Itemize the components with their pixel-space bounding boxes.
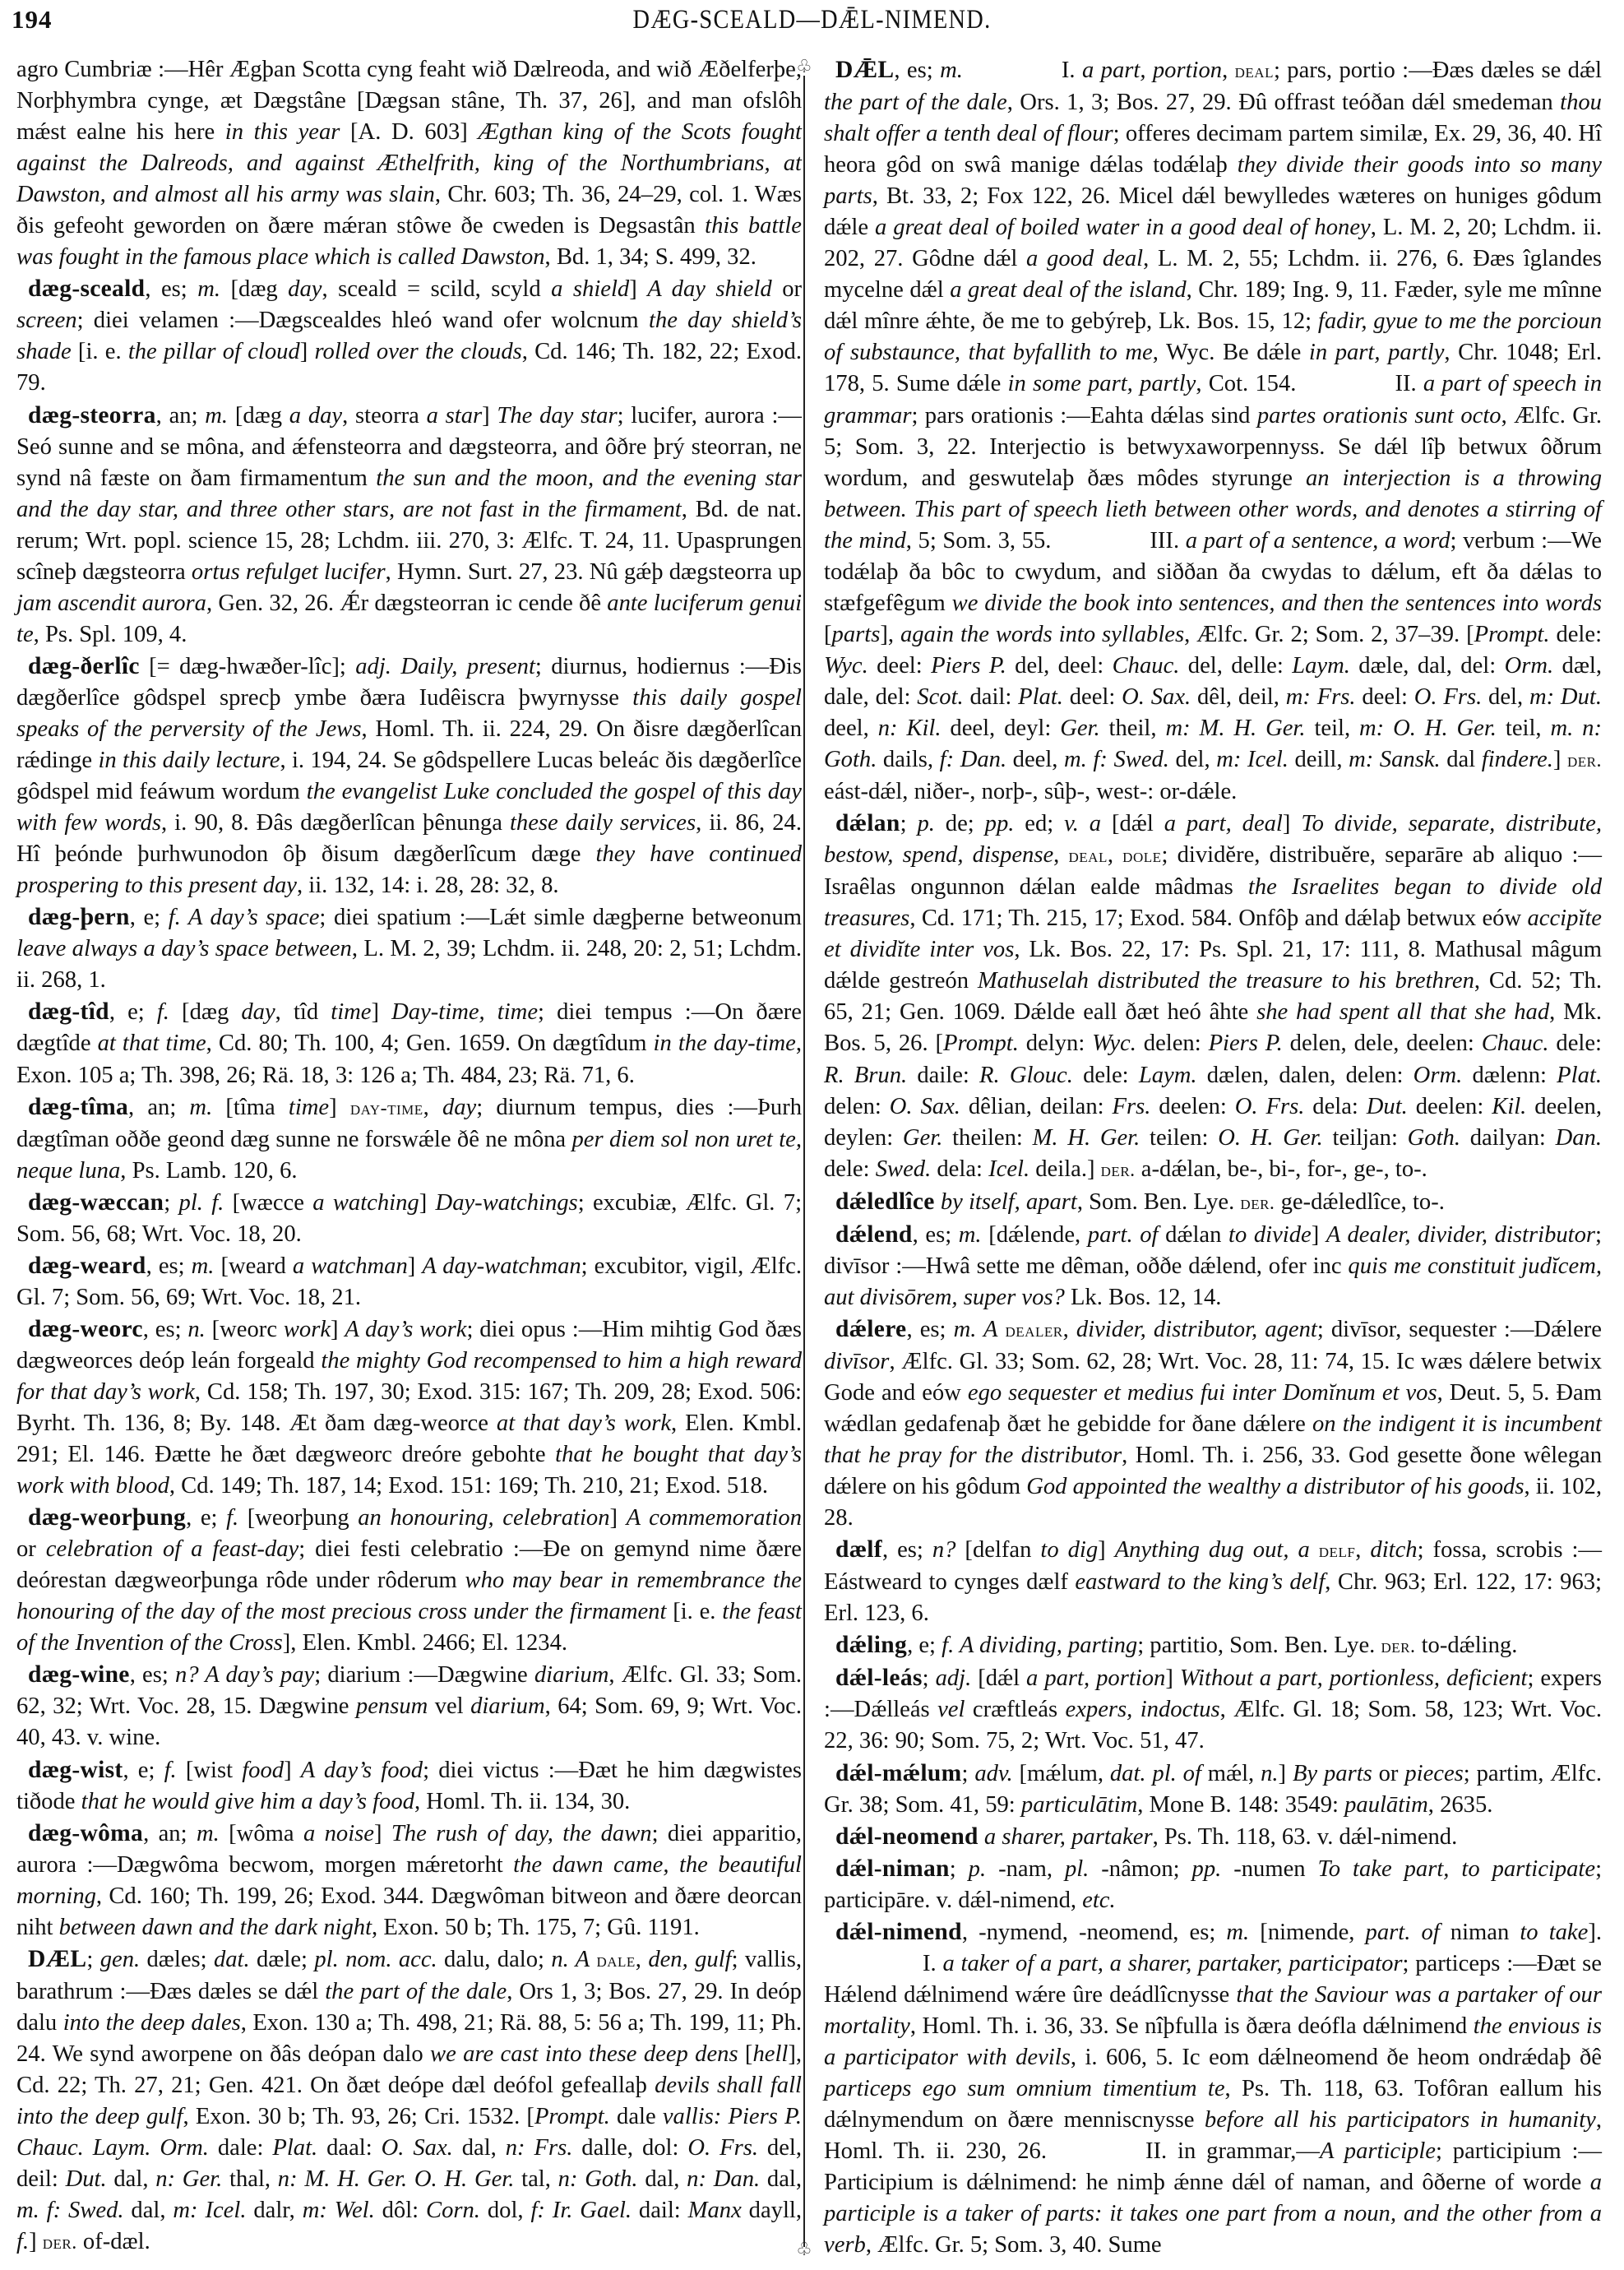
entry-text: ] [374,1821,391,1846]
entry-text: [wist [177,1758,243,1783]
entry-text: [i. e. [72,339,128,364]
italic-gloss: A day shield [647,276,772,302]
italic-gloss: M. H. Ger. [1033,1125,1141,1151]
entry-text: deel: [868,653,931,679]
entry-text: dails, [877,747,939,772]
entry-text: deel, [1006,747,1064,772]
entry-text: [A. D. 603] [340,119,478,145]
dictionary-entry: dǽl-nimend, -nymend, -neomend, es; m. [n… [824,1916,1602,2262]
entry-text: , Mone B. 148: 3549: [1137,1792,1344,1818]
entry-text: dalr, [246,2198,302,2223]
italic-gloss: day [442,1095,476,1120]
italic-gloss: A dealer, divider, distributor [1326,1222,1595,1248]
small-caps-term: dealer [1006,1320,1063,1341]
entry-text: [wæcce [224,1190,312,1216]
italic-gloss: food [242,1758,284,1783]
entry-text: [dæg [169,999,241,1025]
italic-gloss: O. Frs. [687,2135,758,2161]
small-caps-term: der. [1101,1160,1136,1181]
left-column: agro Cumbriæ :—Hêr Ægþan Scotta cyng fea… [16,54,802,2258]
entry-text: dail: [632,2198,688,2223]
entry-text: dela: [931,1156,988,1182]
entry-text: delen: [1136,1031,1209,1056]
italic-gloss: Ger. [903,1125,942,1151]
small-caps-term: der. [1381,1636,1415,1657]
italic-gloss: God appointed the wealthy a distributor … [1026,1474,1524,1499]
italic-gloss: Corn. [426,2198,480,2223]
entry-text: ; [950,1856,969,1882]
italic-gloss: m. A [954,1317,998,1342]
italic-gloss: a watching [312,1190,419,1216]
italic-gloss: a good deal [1026,246,1143,271]
italic-gloss: a part, deal [1164,811,1283,836]
entry-text: [dæg [228,403,289,429]
italic-gloss: expers, indoctus [1066,1697,1220,1722]
italic-gloss: pp. [1192,1856,1222,1882]
italic-gloss: in part, partly [1309,340,1445,365]
entry-text: deel, [824,716,878,741]
entry-text: , tîd [275,999,331,1025]
entry-text: eást-dǽl, niðer-, norþ-, sûþ-, west-: or… [824,779,1237,804]
italic-gloss: To take part, to participate [1318,1856,1596,1882]
entry-text [979,1824,984,1850]
entry-text: deelen: [1150,1094,1234,1119]
italic-gloss: m: M. H. Ger. [1165,716,1305,741]
dictionary-entry: agro Cumbriæ :—Hêr Ægþan Scotta cyng fea… [16,54,802,273]
italic-gloss: A day’s work [345,1317,466,1342]
italic-gloss: Piers P. [931,653,1006,679]
italic-gloss: pensum [356,1693,428,1719]
italic-gloss: diarium [470,1693,545,1719]
entry-text: dêl, deil, [1191,684,1286,710]
italic-gloss: Orm. [1505,653,1554,679]
italic-gloss: to dig [1040,1537,1098,1563]
dictionary-entry: dǽlan; p. de; pp. ed; v. a [dǽl a part, … [824,808,1602,1186]
entry-text: , an; [128,1095,189,1120]
entry-text: , Ælfc. Gr. 2; Som. 2, 37–39. [ [1184,622,1474,647]
italic-gloss: jam ascendit aurora [16,591,206,616]
entry-text: [weorc [206,1317,284,1342]
italic-gloss: the part of the dale [325,1979,507,2004]
small-caps-term: dole [1122,845,1161,867]
italic-gloss: Dut. [66,2166,107,2192]
italic-gloss: Manx [688,2198,742,2223]
entry-text: ; pars, portio :—Ðæs dæles se dǽl [1274,58,1602,83]
italic-gloss: Scot. [917,684,963,710]
entry-text: a-dǽlan, be-, bi-, for-, ge-, to-. [1136,1156,1427,1182]
entry-text [1310,1537,1319,1563]
italic-gloss: Ger. [1060,716,1099,741]
entry-text: ] [1165,1665,1180,1691]
italic-gloss: O. Frs. [1414,684,1482,710]
italic-gloss: a sharer, partaker [984,1824,1153,1850]
entry-text: dal, [760,2166,802,2192]
italic-gloss: we divide the book into sentences, and t… [952,591,1602,616]
column-divider [803,76,805,2247]
italic-gloss: m. [192,1253,215,1279]
entry-text: II. [1395,371,1423,396]
entry-text: [ [824,622,832,647]
italic-gloss: O. Frs. [1235,1094,1305,1119]
italic-gloss: Dut. [1367,1094,1408,1119]
italic-gloss: dat. pl. of [1110,1761,1201,1786]
italic-gloss: Laym. [1292,653,1350,679]
entry-text: dæles; [140,1947,214,1972]
italic-gloss: pl. [1065,1856,1089,1882]
italic-gloss: in this year [225,119,340,145]
page-number: 194 [12,5,53,35]
italic-gloss: that he would give him a day’s food [81,1789,414,1814]
entry-text: [mǽlum, [1013,1761,1110,1786]
italic-gloss: n: Ger. [155,2166,222,2192]
italic-gloss: f. [164,1758,177,1783]
entry-text: , es; [130,1662,175,1688]
italic-gloss: p. [969,1856,986,1882]
entry-text: , Hymn. Surt. 27, 23. Nû gǽþ dægsteorra … [386,559,802,585]
entry-text: dol, [480,2198,530,2223]
italic-gloss: n. [187,1317,205,1342]
italic-gloss: O. Sax. [890,1094,960,1119]
entry-text: cræftleás [965,1697,1065,1722]
headword: dǽlere [835,1316,906,1342]
entry-text: ; [961,1761,974,1786]
entry-text: dayll, [742,2198,802,2223]
dictionary-entry: DÆL; gen. dæles; dat. dæle; pl. nom. acc… [16,1943,802,2258]
entry-text: , Homl. Th. ii. 134, 30. [414,1789,630,1814]
italic-gloss: ortus refulget lucifer [192,559,386,585]
italic-gloss: celebration of a feast-day [46,1536,298,1562]
entry-text: del, delle: [1179,653,1292,679]
entry-text: , es; [143,1317,188,1342]
italic-gloss: particeps ego sum omnium timentium te [824,2076,1225,2101]
entry-text: ] [329,1095,350,1120]
entry-text: thal, [222,2166,278,2192]
entry-text: ] [300,339,315,364]
entry-text: ] [331,1317,345,1342]
entry-text: dalle, dol: [572,2135,687,2161]
headword: dæg-sceald [28,276,145,302]
italic-gloss: findere. [1482,747,1553,772]
entry-text: , Exon. 50 b; Th. 175, 7; Gû. 1191. [372,1915,700,1940]
italic-gloss: pl. nom. acc. [314,1947,437,1972]
entry-text: ; divīsor, sequester :—Dǽlere [1317,1317,1602,1342]
italic-gloss: Orm. [1413,1063,1463,1088]
small-caps-term: deal [1069,845,1108,867]
entry-text: ], [880,622,900,647]
headword: dæg-weorc [28,1316,143,1342]
entry-text: dælen, dalen, delen: [1197,1063,1413,1088]
headword: dæg-wæccan [28,1189,164,1216]
dictionary-entry: dæg-wine, es; n? A day’s pay; diarium :—… [16,1659,802,1753]
entry-text: ]. [1588,1920,1602,1945]
italic-gloss: n: Dan. [687,2166,760,2192]
small-caps-term: der. [1567,750,1602,771]
page-header: 194 DÆG-SCEALD—DǢL-NIMEND. [0,0,1624,49]
dictionary-entry: dæg-weorc, es; n. [weorc work] A day’s w… [16,1313,802,1502]
entry-text: , 5; Som. 3, 55. [906,528,1052,554]
entry-text: , i. 90, 8. Ðâs dægðerlîcan þênunga [161,810,510,836]
italic-gloss: Chauc. [1113,653,1180,679]
italic-gloss: m. [959,1222,982,1248]
italic-gloss: m. [197,276,220,302]
headword: dæg-ðerlîc [28,653,140,679]
entry-text: delen: [824,1094,890,1119]
italic-gloss: a part of a sentence, a word [1186,528,1450,554]
italic-gloss: gen. [100,1947,140,1972]
entry-text: deelen: [1408,1094,1492,1119]
entry-text: , Ors. 1, 3; Bos. 27, 29. Ðû offrast teó… [1007,90,1560,115]
italic-gloss: den, gulf [648,1947,731,1972]
headword: dæg-wist [28,1757,123,1783]
entry-text: dǽlan [1158,1222,1228,1248]
italic-gloss: dat. [214,1947,250,1972]
italic-gloss: divider, distributor, agent [1076,1317,1317,1342]
entry-text: , steorra [342,403,426,429]
italic-gloss: in some part, partly [1008,371,1196,396]
italic-gloss: an honouring, celebration [358,1505,609,1531]
italic-gloss: Goth. [1408,1125,1460,1151]
entry-text: , es; [146,1253,192,1279]
dictionary-entry: dæg-tîma, an; m. [tîma time] day-time, d… [16,1091,802,1187]
italic-gloss: into the deep dales [63,2010,241,2036]
entry-text: , i. 606, 5. Ic eom dǽlneomend ðe heom o… [1071,2045,1602,2070]
italic-gloss: day [288,276,322,302]
italic-gloss: a day [289,403,342,429]
entry-text: dêlian, deilan: [960,1094,1113,1119]
entry-text: mǽl, [1201,1761,1261,1786]
entry-text: , ii. 132, 14: i. 28, 28: 32, 8. [297,873,559,898]
entry-text: or [16,1536,46,1562]
italic-gloss: Chauc. [1482,1031,1549,1056]
italic-gloss: a watchman [293,1253,408,1279]
dictionary-entry: dælf, es; n? [delfan to dig] Anything du… [824,1534,1602,1629]
italic-gloss: R. Glouc. [979,1063,1073,1088]
dictionary-entry: dæg-wæccan; pl. f. [wæcce a watching] Da… [16,1187,802,1250]
italic-gloss: a great deal of the island [950,277,1186,303]
entry-text: ; partitio, Som. Ben. Lye. [1137,1633,1381,1658]
dictionary-entry: dæg-þern, e; f. A day’s space; diei spat… [16,901,802,996]
entry-text: ] [284,1758,301,1783]
dictionary-entry: dǽl-leás; adj. [dǽl a part, portion] Wit… [824,1662,1602,1757]
entry-text: ] [29,2229,43,2254]
entry-text: ] [1312,1222,1326,1248]
headword: dælf [835,1536,882,1563]
italic-gloss: f. [16,2229,29,2254]
italic-gloss: pl. f. [179,1190,224,1216]
italic-gloss: Icel. [988,1156,1029,1182]
entry-text: , e; [109,999,157,1025]
headword: dæg-tîma [28,1094,128,1120]
entry-text: dal, [107,2166,156,2192]
italic-gloss: n? [932,1537,956,1563]
headword: dǽl-neomend [835,1823,979,1850]
entry-text: , Cd. 80; Th. 100, 4; Gen. 1659. On dægt… [206,1031,654,1056]
entry-text: dele: [1549,1031,1602,1056]
italic-gloss: eastward to the king’s delf [1075,1569,1325,1595]
entry-text: -nâmon; [1089,1856,1191,1882]
entry-text: dail: [964,684,1018,710]
italic-gloss: day [241,999,275,1025]
entry-text: teiljan: [1323,1125,1408,1151]
headword: dǽl-nimend [835,1919,962,1945]
entry-text: , 2635. [1428,1792,1493,1818]
entry-text: delyn: [1019,1031,1092,1056]
italic-gloss: f. A dividing, parting [942,1633,1137,1658]
entry-text: theil, [1100,716,1166,741]
entry-text: [nimende, [1249,1920,1365,1945]
italic-gloss: partes orationis sunt octo [1257,403,1501,429]
entry-text: deill, [1289,747,1349,772]
entry-text: [ [738,2041,753,2067]
italic-gloss: part. of [1366,1920,1440,1945]
dictionary-entry: dæg-weorþung, e; f. [weorþung an honouri… [16,1502,802,1659]
entry-text: , -nymend, -neomend, es; [962,1920,1227,1945]
entry-text: dela: [1304,1094,1366,1119]
dictionary-entry: dæg-wôma, an; m. [wôma a noise] The rush… [16,1818,802,1943]
italic-gloss: adj. [936,1665,972,1691]
entry-text: niman [1440,1920,1520,1945]
entry-text: , [636,1947,649,1972]
italic-gloss: m. [940,58,963,83]
italic-gloss: O. H. Ger. [1218,1125,1323,1151]
right-column: DǢL, es; m.I. a part, portion, deal; par… [824,54,1602,2261]
italic-gloss: n. A [551,1947,590,1972]
entry-text: dæle, dal, del: [1350,653,1505,679]
italic-gloss: v. a [1064,811,1101,836]
entry-text: [weorþung [238,1505,358,1531]
entry-text: to-dǽling. [1415,1633,1517,1658]
dictionary-entry: dǽl-neomend a sharer, partaker, Ps. Th. … [824,1821,1602,1853]
dictionary-entry: dæg-tîd, e; f. [dæg day, tîd time] Day-t… [16,996,802,1091]
entry-text: daal: [317,2135,381,2161]
entry-text: II. in grammar,— [1145,2138,1320,2164]
italic-gloss: leave always a day’s space between [16,936,352,961]
entry-text: or [772,276,802,302]
entry-text [935,1189,941,1215]
entry-text: , Ps. Spl. 109, 4. [34,622,187,647]
italic-gloss: pp. [985,811,1015,836]
italic-gloss: part. of [1088,1222,1159,1248]
italic-gloss: by itself, apart [941,1189,1077,1215]
headword: dǽl-niman [835,1855,950,1882]
entry-text: , [1355,1537,1370,1563]
dictionary-entry: dæg-weard, es; m. [weard a watchman] A d… [16,1250,802,1313]
entry-text: ; pars orationis :—Eahta dǽlas sind [911,403,1256,429]
entry-text: , Cd. 171; Th. 215, 17; Exod. 584. Onfôþ… [909,906,1527,931]
italic-gloss: hell [752,2041,788,2067]
italic-gloss: a star [427,403,483,429]
entry-text: , sceald = scild, scyld [322,276,551,302]
italic-gloss: Prompt. [943,1031,1019,1056]
entry-text: dal, [453,2135,506,2161]
entry-text: dale: [209,2135,272,2161]
italic-gloss: f. [226,1505,238,1531]
entry-text: dal, [638,2166,687,2192]
entry-text: ; [164,1190,178,1216]
entry-text: dæle; [250,1947,315,1972]
italic-gloss: m: Dut. [1529,684,1602,710]
italic-gloss: n. [1261,1761,1278,1786]
entry-text: ; [86,1947,99,1972]
small-caps-term: der. [43,2232,77,2254]
entry-text: , Wyc. Be dǽle [1153,340,1309,365]
entry-text: I. [1062,58,1082,83]
entry-text: , Exon. 30 b; Th. 93, 26; Cri. 1532. [ [183,2104,534,2129]
italic-gloss: A day’s food [301,1758,423,1783]
entry-text: [dǽlende, [982,1222,1088,1248]
headword: dæg-weard [28,1253,146,1279]
italic-gloss: m. f: Swed. [16,2198,124,2223]
dictionary-entry: dæg-steorra, an; m. [dæg a day, steorra … [16,400,802,651]
entry-text: , Bd. 1, 34; S. 499, 32. [545,244,756,270]
entry-text [997,1317,1005,1342]
entry-text: dele: [824,1156,876,1182]
italic-gloss: n: Kil. [878,716,942,741]
italic-gloss: time [289,1095,329,1120]
dictionary-entry: dæg-wist, e; f. [wist food] A day’s food… [16,1754,802,1818]
italic-gloss: m: O. H. Ger. [1359,716,1497,741]
italic-gloss: m. [189,1095,212,1120]
italic-gloss: n: Frs. [506,2135,573,2161]
entry-text: ] [482,403,497,429]
entry-text: dal [1441,747,1482,772]
entry-text: ] [419,1190,436,1216]
entry-text: del, deel: [1006,653,1113,679]
entry-text: teil, [1497,716,1550,741]
italic-gloss: Piers P. [1209,1031,1283,1056]
small-caps-term: day-time [350,1098,423,1119]
headword: DǢL [835,57,894,83]
italic-gloss: we are cast into these deep dens [430,2041,738,2067]
entry-text: ] [629,276,647,302]
entry-text: dailyan: [1460,1125,1556,1151]
entry-text: ] [610,1505,627,1531]
italic-gloss: the pillar of cloud [128,339,300,364]
italic-gloss: The day star [497,403,617,429]
italic-gloss: A commemoration [627,1505,802,1531]
headword: dæg-weorþung [28,1504,186,1531]
entry-text: -nam, [986,1856,1065,1882]
entry-text: , Ælfc. Gr. 5; Som. 3, 40. Sume [866,2232,1162,2258]
italic-gloss: a shield [551,276,629,302]
entry-text: delen, dele, deelen: [1283,1031,1482,1056]
entry-text: [weard [214,1253,292,1279]
italic-gloss: f: Ir. Gael. [530,2198,632,2223]
italic-gloss: a part, portion [1082,58,1222,83]
italic-gloss: f. A day’s space [169,905,320,930]
entry-text: , [1063,1317,1076,1342]
headword: dæg-wine [28,1661,130,1688]
entry-text: ge-dǽledlîce, to-. [1275,1189,1444,1215]
entry-text: ] [408,1253,423,1279]
italic-gloss: particulātim [1021,1792,1137,1818]
italic-gloss: adv. [974,1761,1012,1786]
italic-gloss: the part of the dale [824,90,1007,115]
entry-text: [wôma [220,1821,303,1846]
entry-text: ] [1098,1537,1115,1563]
dictionary-entry: dæg-sceald, es; m. [dæg day, sceald = sc… [16,273,802,399]
italic-gloss: Plat. [1018,684,1063,710]
italic-gloss: a noise [303,1821,374,1846]
entry-text: , Ps. Th. 118, 63. v. dǽl-nimend. [1153,1824,1458,1850]
headword: dǽl-mǽlum [835,1760,961,1786]
entry-text: , [423,1095,442,1120]
italic-gloss: ego sequester et medius fui inter Domĭnu… [968,1380,1437,1406]
entry-text: [delfan [955,1537,1040,1563]
entry-text: ] [1553,747,1567,772]
entry-text: [i. e. [666,1599,722,1624]
italic-gloss: m: Sansk. [1349,747,1441,772]
